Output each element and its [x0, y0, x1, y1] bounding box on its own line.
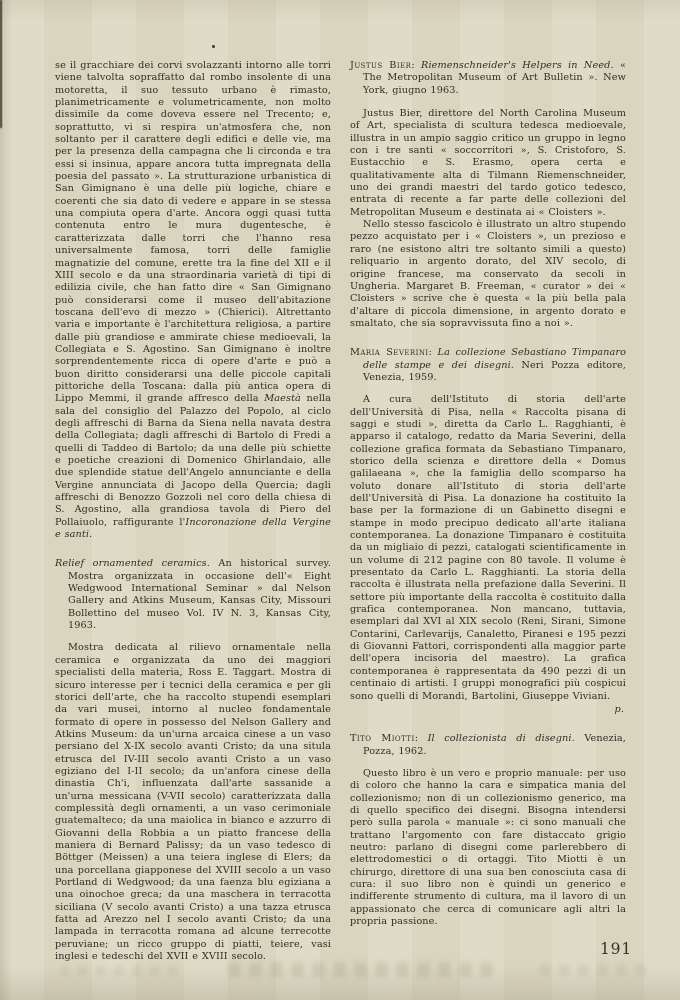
bibliography-entry-miotti: Tito Miotti: Il collezionista di disegni… [350, 733, 626, 758]
review-paragraph-bier-2: Nello stesso fascicolo è illustrato un a… [350, 219, 626, 330]
two-column-text-block: se il gracchiare dei corvi svolazzanti i… [55, 60, 626, 963]
scanned-book-page: se il gracchiare dei corvi svolazzanti i… [0, 0, 680, 1000]
text-segment: . [89, 529, 92, 540]
show-through-ghost-text [60, 966, 180, 976]
show-through-ghost-text [228, 962, 498, 977]
text-segment: Maestà [264, 393, 301, 404]
continuation-paragraph: se il gracchiare dei corvi svolazzanti i… [55, 60, 331, 541]
page-number: 191 [600, 940, 632, 958]
text-segment: Nello stesso fascicolo è illustrato un a… [350, 219, 626, 329]
text-segment: : [411, 60, 421, 71]
text-segment: Riemenschneider's Helpers in Need [421, 60, 610, 71]
text-segment: Il collezionista di disegni [428, 733, 572, 744]
text-segment: Justus Bier, direttore del North Carolin… [350, 108, 626, 218]
text-segment: : [429, 347, 438, 358]
text-segment: Tito Miotti [350, 733, 415, 744]
scan-edge-line [0, 0, 2, 128]
text-segment: Justus Bier [350, 60, 411, 71]
review-paragraph-severini: A cura dell'Istituto di storia dell'arte… [350, 394, 626, 703]
bibliography-entry-severini: Maria Severini: La collezione Sebastiano… [350, 347, 626, 384]
text-segment: A cura dell'Istituto di storia dell'arte… [350, 394, 626, 701]
bibliography-entry-bier: Justus Bier: Riemenschneider's Helpers i… [350, 60, 626, 97]
text-segment: nella sala del consiglio del Palazzo del… [55, 393, 331, 527]
text-segment: se il gracchiare dei corvi svolazzanti i… [55, 60, 331, 404]
review-paragraph-ceramics: Mostra dedicata al rilievo ornamentale n… [55, 642, 331, 963]
text-segment: Relief ornamented ceramics [55, 558, 207, 569]
text-segment: Mostra dedicata al rilievo ornamentale n… [55, 642, 331, 962]
review-paragraph-bier-1: Justus Bier, direttore del North Carolin… [350, 108, 626, 219]
left-column: se il gracchiare dei corvi svolazzanti i… [55, 60, 331, 963]
ink-speck [212, 45, 215, 48]
text-segment: Questo libro è un vero e proprio manuale… [350, 768, 626, 927]
text-segment: : [415, 733, 428, 744]
reviewer-initial: p. [350, 704, 624, 716]
right-column: Justus Bier: Riemenschneider's Helpers i… [350, 60, 626, 963]
review-paragraph-miotti: Questo libro è un vero e proprio manuale… [350, 768, 626, 928]
text-segment: Maria Severini [350, 347, 429, 358]
show-through-ghost-text [540, 964, 650, 976]
bibliography-entry-ceramics: Relief ornamented ceramics. An historica… [55, 558, 331, 632]
